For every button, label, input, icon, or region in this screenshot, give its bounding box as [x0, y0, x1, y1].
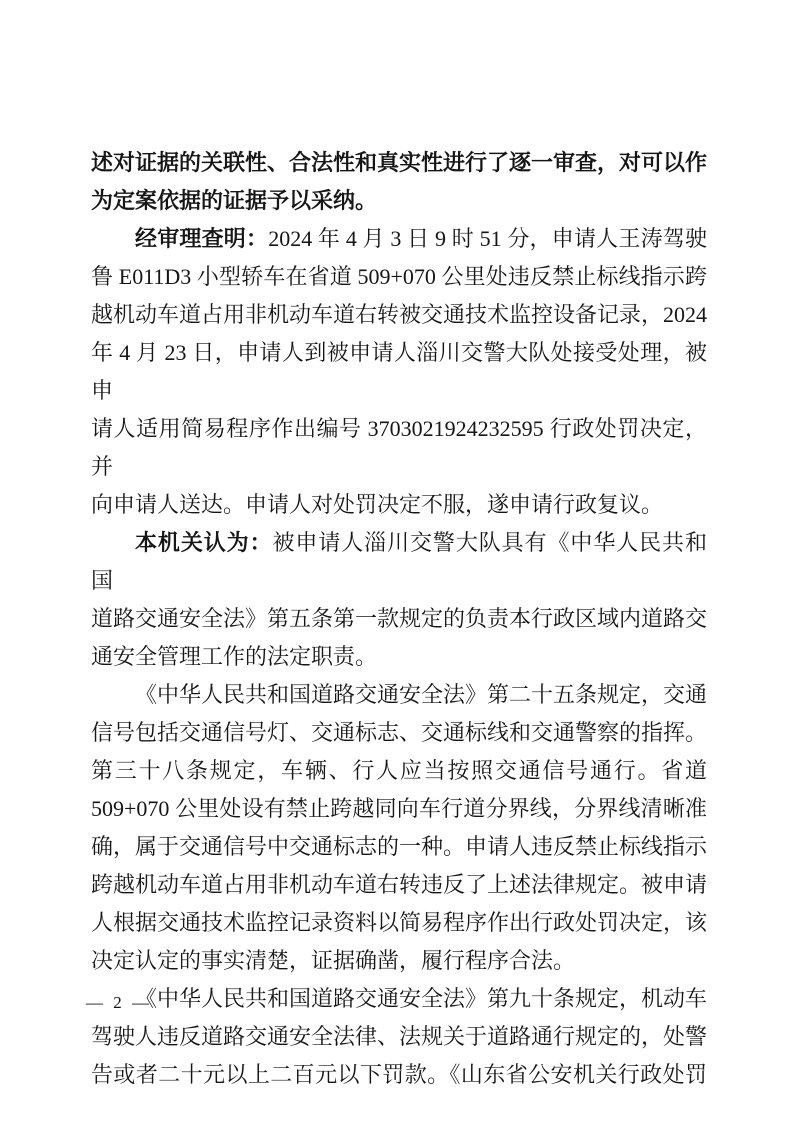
text-segment: 驾驶人违反道路交通安全法律、法规关于道路通行规定的，处警 — [91, 1024, 707, 1049]
text-line: 人根据交通技术监控记录资料以简易程序作出行政处罚决定，该 — [91, 904, 707, 942]
text-segment: 《中华人民共和国道路交通安全法》第九十条规定，机动车 — [135, 986, 707, 1011]
text-line: 509+070 公里处设有禁止跨越同向车行道分界线，分界线清晰准 — [91, 790, 707, 828]
text-segment: 跨越机动车道占用非机动车道右转违反了上述法律规定。被申请 — [91, 872, 707, 897]
text-line: 述对证据的关联性、合法性和真实性进行了逐一审查，对可以作 — [91, 144, 707, 182]
text-line: 驾驶人违反道路交通安全法律、法规关于道路通行规定的，处警 — [91, 1018, 707, 1056]
text-line: 确，属于交通信号中交通标志的一种。申请人违反禁止标线指示 — [91, 828, 707, 866]
text-line: 本机关认为：被申请人淄川交警大队具有《中华人民共和国 — [91, 524, 707, 600]
bold-text-segment: 述对证据的关联性、合法性和真实性进行了逐一审查，对可以作 — [91, 150, 707, 175]
text-segment: 《中华人民共和国道路交通安全法》第二十五条规定，交通 — [135, 682, 707, 707]
text-line: 越机动车道占用非机动车道右转被交通技术监控设备记录，2024 — [91, 296, 707, 334]
text-line: 告或者二十元以上二百元以下罚款。《山东省公安机关行政处罚 — [91, 1056, 707, 1094]
text-line: 向申请人送达。申请人对处罚决定不服，遂申请行政复议。 — [91, 486, 707, 524]
text-segment: 信号包括交通信号灯、交通标志、交通标线和交通警察的指挥。 — [91, 720, 707, 745]
text-segment: 道路交通安全法》第五条第一款规定的负责本行政区域内道路交 — [91, 606, 707, 631]
text-line: 跨越机动车道占用非机动车道右转违反了上述法律规定。被申请 — [91, 866, 707, 904]
document-page: 述对证据的关联性、合法性和真实性进行了逐一审查，对可以作为定案依据的证据予以采纳… — [0, 0, 794, 1123]
text-line: 经审理查明：2024 年 4 月 3 日 9 时 51 分，申请人王涛驾驶 — [91, 220, 707, 258]
text-line: 年 4 月 23 日，申请人到被申请人淄川交警大队处接受处理，被申 — [91, 334, 707, 410]
text-segment: 509+070 公里处设有禁止跨越同向车行道分界线，分界线清晰准 — [91, 796, 707, 821]
text-segment: 告或者二十元以上二百元以下罚款。《山东省公安机关行政处罚 — [91, 1062, 707, 1087]
text-line: 请人适用简易程序作出编号 3703021924232595 行政处罚决定，并 — [91, 410, 707, 486]
text-line: 决定认定的事实清楚，证据确凿，履行程序合法。 — [91, 942, 707, 980]
text-line: 鲁 E011D3 小型轿车在省道 509+070 公里处违反禁止标线指示跨 — [91, 258, 707, 296]
text-line: 为定案依据的证据予以采纳。 — [91, 182, 707, 220]
bold-text-segment: 为定案依据的证据予以采纳。 — [91, 188, 377, 213]
page-number: — 2 — — [86, 993, 152, 1012]
text-segment: 向申请人送达。申请人对处罚决定不服，遂申请行政复议。 — [91, 492, 663, 517]
text-line: 通安全管理工作的法定职责。 — [91, 638, 707, 676]
text-segment: 第三十八条规定，车辆、行人应当按照交通信号通行。省道 — [91, 758, 707, 783]
text-segment: 决定认定的事实清楚，证据确凿，履行程序合法。 — [91, 948, 575, 973]
document-body: 述对证据的关联性、合法性和真实性进行了逐一审查，对可以作为定案依据的证据予以采纳… — [91, 144, 707, 1094]
text-line: 《中华人民共和国道路交通安全法》第二十五条规定，交通 — [91, 676, 707, 714]
text-segment: 确，属于交通信号中交通标志的一种。申请人违反禁止标线指示 — [91, 834, 707, 859]
text-line: 《中华人民共和国道路交通安全法》第九十条规定，机动车 — [91, 980, 707, 1018]
text-segment: 越机动车道占用非机动车道右转被交通技术监控设备记录，2024 — [91, 302, 707, 327]
text-segment: 请人适用简易程序作出编号 3703021924232595 行政处罚决定，并 — [91, 416, 707, 479]
text-line: 道路交通安全法》第五条第一款规定的负责本行政区域内道路交 — [91, 600, 707, 638]
bold-text-segment: 本机关认为： — [135, 530, 273, 555]
text-segment: 鲁 E011D3 小型轿车在省道 509+070 公里处违反禁止标线指示跨 — [91, 264, 707, 289]
text-line: 信号包括交通信号灯、交通标志、交通标线和交通警察的指挥。 — [91, 714, 707, 752]
text-line: 第三十八条规定，车辆、行人应当按照交通信号通行。省道 — [91, 752, 707, 790]
page-footer: — 2 — — [86, 993, 152, 1013]
text-segment: 年 4 月 23 日，申请人到被申请人淄川交警大队处接受处理，被申 — [91, 340, 707, 403]
text-segment: 通安全管理工作的法定职责。 — [91, 644, 377, 669]
text-segment: 2024 年 4 月 3 日 9 时 51 分，申请人王涛驾驶 — [268, 226, 707, 251]
bold-text-segment: 经审理查明： — [135, 226, 268, 251]
text-segment: 人根据交通技术监控记录资料以简易程序作出行政处罚决定，该 — [91, 910, 707, 935]
